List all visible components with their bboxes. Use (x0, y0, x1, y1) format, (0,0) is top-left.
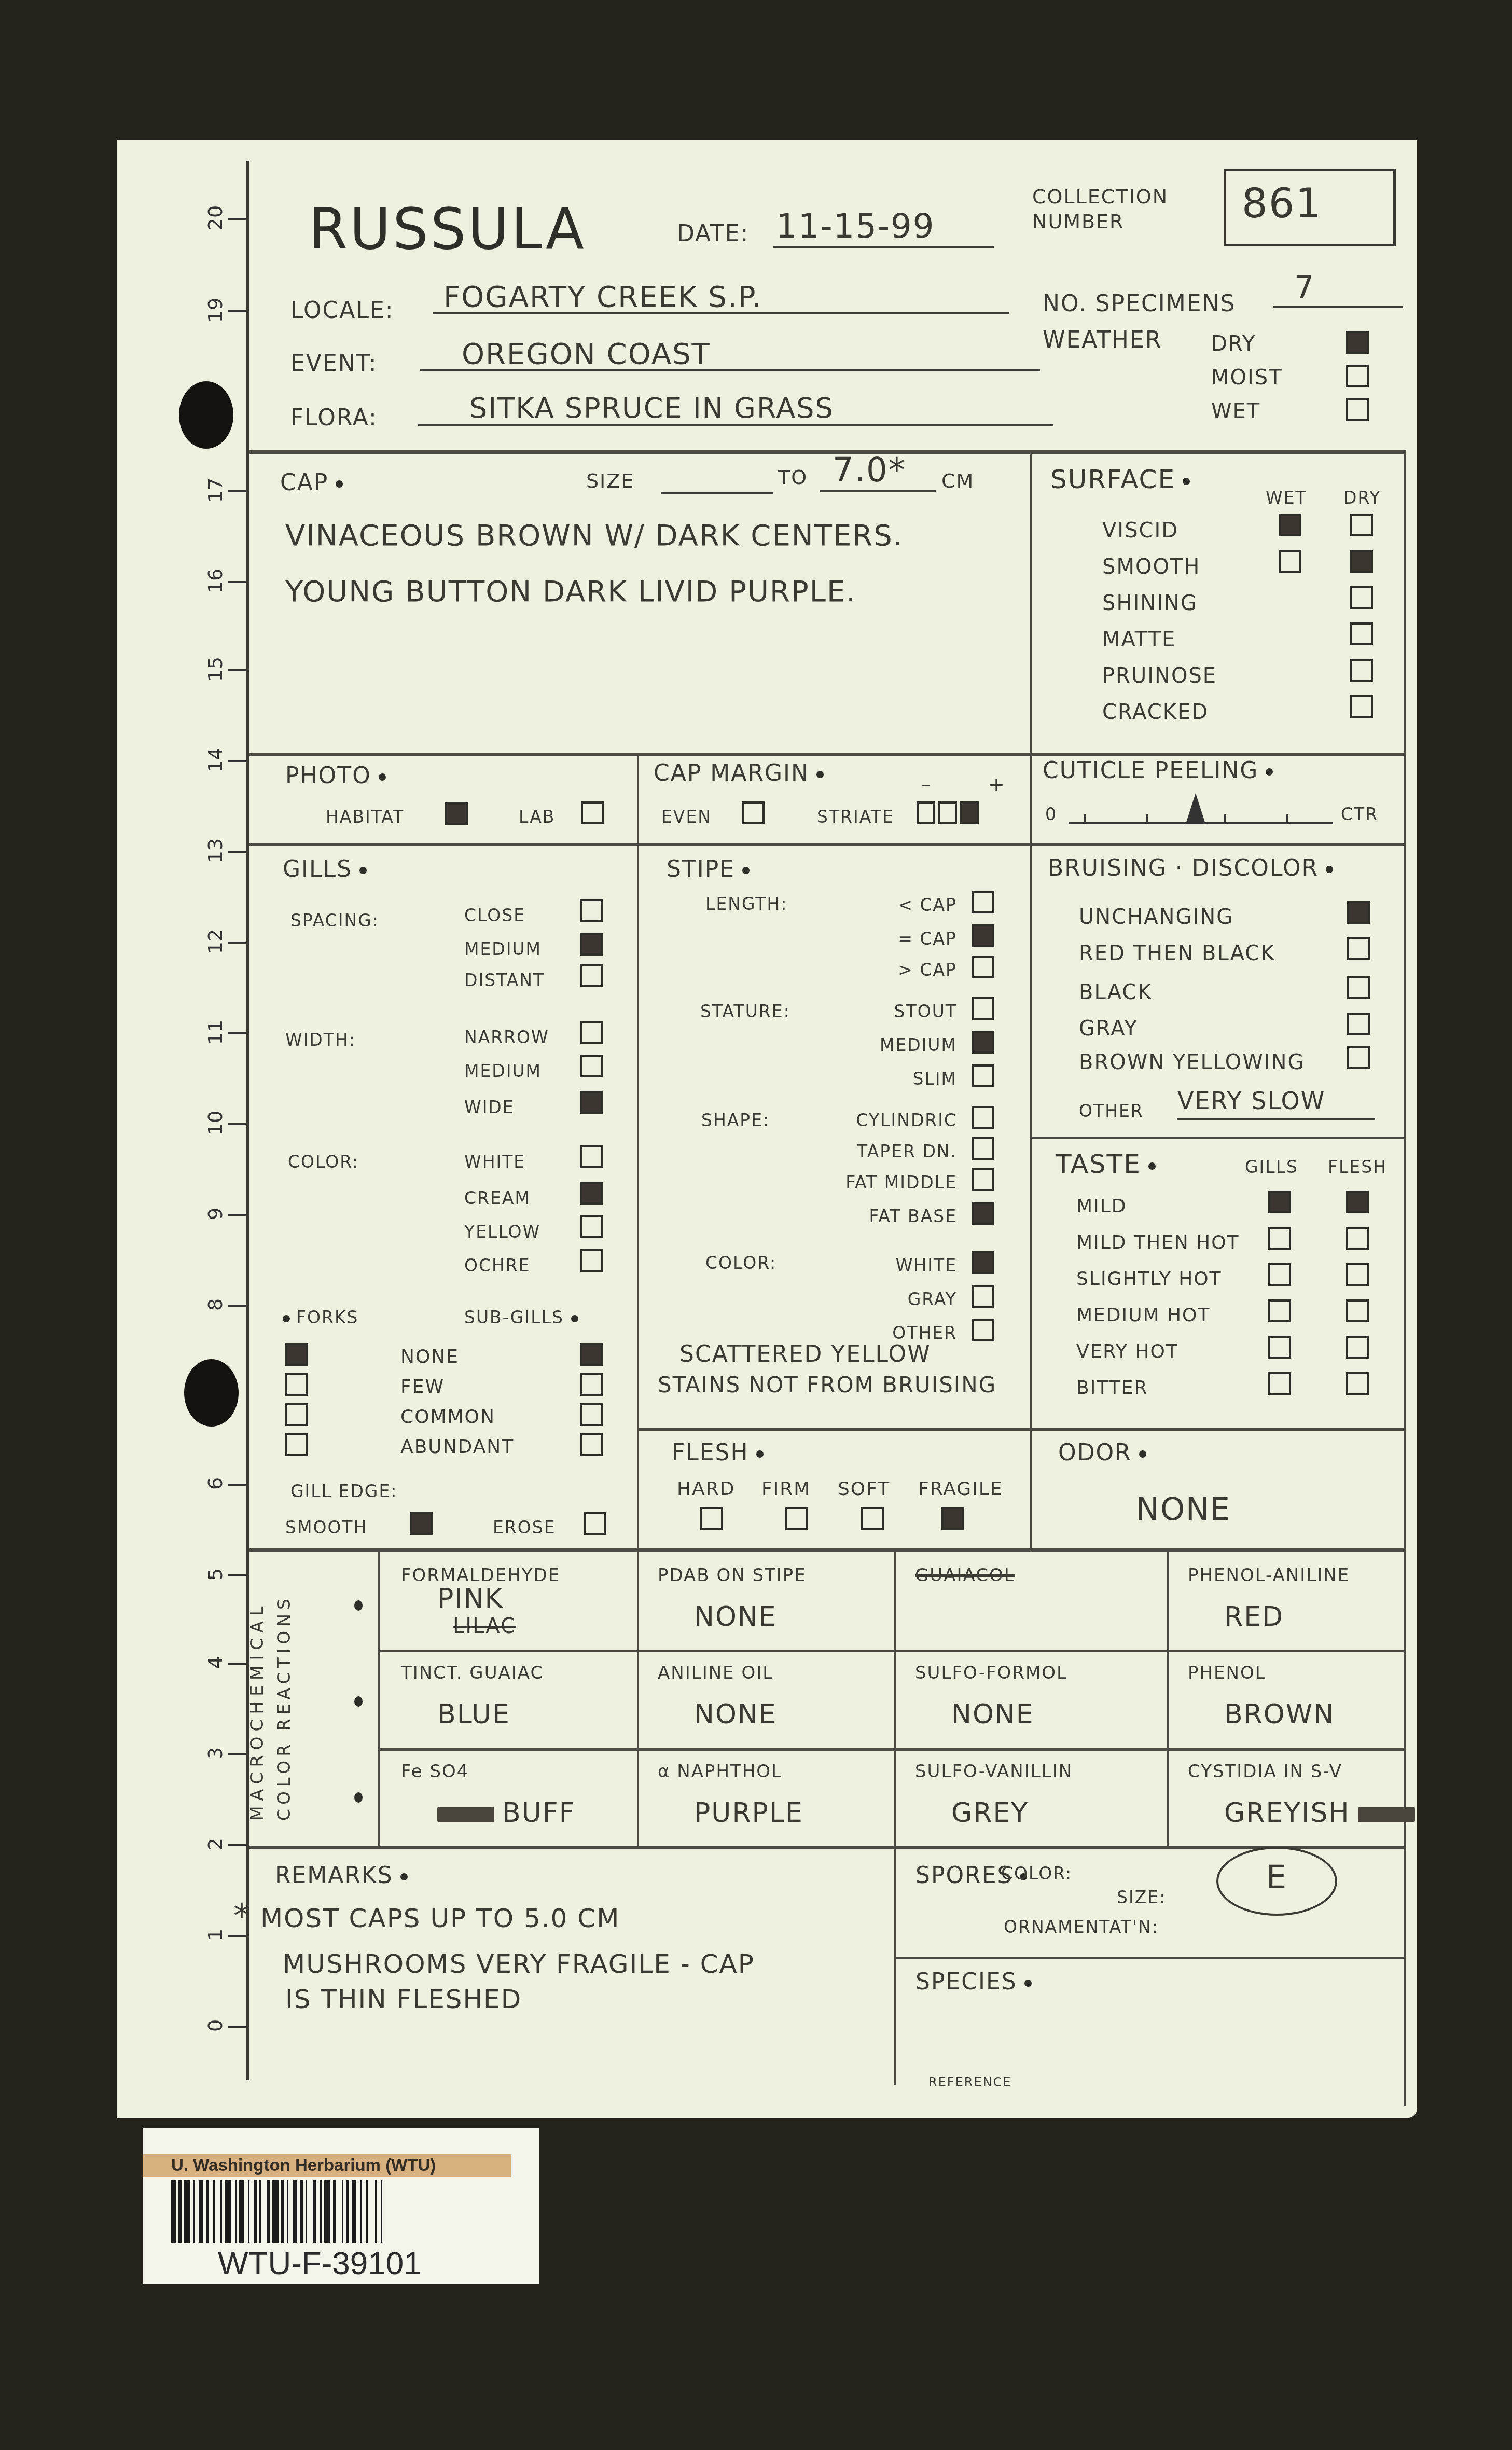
cuticle-peeling-marker (1186, 793, 1205, 822)
flesh-option-label: HARD (677, 1478, 735, 1500)
taste-col-gills: GILLS (1245, 1157, 1298, 1177)
cuticle-peeling-title: CUTICLE PEELING (1043, 757, 1273, 784)
ruler-tick (228, 851, 246, 853)
weather-dry-checkbox[interactable] (1346, 331, 1369, 354)
surface-row-label: MATTE (1102, 628, 1176, 652)
cap-description-line2: YOUNG BUTTON DARK LIVID PURPLE. (285, 575, 856, 608)
chem-reagent-label: TINCT. GUAIAC (401, 1663, 544, 1683)
species-title-text: SPECIES (915, 1969, 1017, 1995)
locale-field[interactable]: FOGARTY CREEK S.P. (433, 280, 1009, 314)
species-title: SPECIES (915, 1969, 1032, 1995)
barcode-bar (267, 2180, 270, 2243)
chem-result-text: NONE (694, 1699, 777, 1730)
bullet-icon (571, 1315, 578, 1322)
ruler-number: 12 (204, 926, 227, 957)
chem-result-value[interactable]: NONE (694, 1699, 777, 1730)
ruler-tick (228, 1305, 246, 1307)
bruising-option-label: GRAY (1079, 1017, 1138, 1041)
taste-col-flesh: FLESH (1328, 1157, 1387, 1177)
form-rule-taste-top (1030, 1137, 1406, 1139)
bullet-icon (336, 480, 343, 488)
barcode-bar (320, 2180, 322, 2243)
bullet-icon (283, 1315, 290, 1322)
taste-title: TASTE (1056, 1149, 1156, 1179)
chem-reagent-label: ANILINE OIL (658, 1663, 773, 1683)
form-rule-flesh-top (637, 1428, 1406, 1431)
surface-viscid-wet-checkbox[interactable] (1279, 514, 1301, 536)
chem-row-divider (380, 1650, 1406, 1652)
date-label: DATE: (677, 220, 749, 247)
stipe-shape-fatmiddle-checkbox[interactable] (972, 1168, 994, 1191)
forks-common-checkbox[interactable] (285, 1403, 308, 1426)
taste-bitter-gills-checkbox[interactable] (1268, 1372, 1291, 1395)
taste-mild-gills-checkbox[interactable] (1268, 1191, 1291, 1213)
herbarium-barcode-label: U. Washington Herbarium (WTU) WTU-F-3910… (143, 2128, 539, 2284)
barcode-bar (235, 2180, 237, 2243)
weather-option-label: WET (1211, 399, 1260, 423)
ruler-tick (228, 218, 246, 220)
gill-edge-smooth-checkbox[interactable] (410, 1512, 433, 1535)
flesh-option-label: FIRM (761, 1478, 811, 1500)
surface-viscid-dry-checkbox[interactable] (1350, 514, 1373, 536)
chem-result-text: NONE (694, 1601, 777, 1632)
stipe-stature-label: STATURE: (700, 1001, 790, 1021)
ruler-number: 3 (204, 1738, 227, 1769)
stipe-shape-fatbase-checkbox[interactable] (972, 1202, 994, 1225)
chem-result-value[interactable]: BLUE (437, 1699, 510, 1730)
gills-color-yellow-checkbox[interactable] (580, 1215, 603, 1238)
stipe-length-cap-checkbox[interactable] (972, 891, 994, 913)
barcode-bar (352, 2180, 356, 2243)
stipe-stature-medium-checkbox[interactable] (972, 1031, 994, 1054)
gills-subgills-label-text: SUB-GILLS (464, 1307, 564, 1327)
ruler-tick (228, 760, 246, 762)
cap-margin-plus: + (988, 773, 1006, 796)
forks-row-label: FEW (400, 1376, 445, 1397)
locale-label: LOCALE: (290, 297, 394, 324)
ruler-number: 1 (204, 1919, 227, 1950)
chem-side-label-line1: MACROCHEMICAL (244, 1530, 271, 1821)
spores-size-label: SIZE: (1117, 1887, 1166, 1907)
spores-color-circle[interactable]: E (1216, 1847, 1337, 1916)
ruler-number: 11 (204, 1017, 227, 1048)
bruising-option-label: BROWN YELLOWING (1079, 1050, 1305, 1074)
cap-size-to-field[interactable]: 7.0* (820, 451, 936, 492)
gills-width-narrow-checkbox[interactable] (580, 1021, 603, 1044)
chem-side-divider (378, 1551, 380, 1847)
collection-number-box[interactable]: 861 (1224, 169, 1396, 246)
barcode-bar (346, 2180, 349, 2243)
surface-smooth-wet-checkbox[interactable] (1279, 550, 1301, 573)
chem-row-divider (380, 1748, 1406, 1751)
chem-result-value[interactable]: NONE (694, 1601, 777, 1632)
weather-label: WEATHER (1043, 327, 1162, 353)
bullet-icon (1139, 1450, 1146, 1458)
surface-pruinose-dry-checkbox[interactable] (1350, 659, 1373, 682)
surface-matte-dry-checkbox[interactable] (1350, 622, 1373, 645)
barcode-bar (324, 2180, 330, 2243)
taste-mild-then-hot-gills-checkbox[interactable] (1268, 1227, 1291, 1250)
ruler-number: 10 (204, 1108, 227, 1139)
barcode-bar (178, 2180, 182, 2243)
ruler-tick (228, 1484, 246, 1486)
gills-width-label: WIDTH: (285, 1030, 356, 1050)
forks-abundant-checkbox[interactable] (285, 1433, 308, 1456)
cap-margin-striate-checkbox-1[interactable] (938, 801, 957, 824)
ruler-number: 14 (204, 744, 227, 776)
bruising-title-text: BRUISING · DISCOLOR (1048, 855, 1319, 881)
stipe-shape-option-label: FAT MIDDLE (845, 1172, 957, 1193)
taste-very-hot-flesh-checkbox[interactable] (1346, 1336, 1369, 1359)
stipe-shape-taperdn-checkbox[interactable] (972, 1137, 994, 1160)
taste-row-label: MILD (1076, 1196, 1127, 1217)
gills-spacing-distant-checkbox[interactable] (580, 964, 603, 987)
stipe-stature-option-label: SLIM (912, 1069, 957, 1089)
institution-name: U. Washington Herbarium (WTU) (171, 2155, 436, 2175)
cap-margin-striate-checkbox-2[interactable] (960, 801, 979, 824)
taste-slightly-hot-flesh-checkbox[interactable] (1346, 1263, 1369, 1286)
ruler-number: 0 (204, 2010, 227, 2041)
ruler-tick (228, 669, 246, 671)
remarks-title: REMARKS (275, 1862, 408, 1889)
chem-reagent-label: SULFO-VANILLIN (915, 1761, 1073, 1782)
gills-title-text: GILLS (283, 856, 352, 882)
ruler-tick (228, 1935, 246, 1937)
barcode-bar (313, 2180, 316, 2243)
ruler-number: 16 (204, 565, 227, 597)
stipe-color-white-checkbox[interactable] (972, 1251, 994, 1274)
chem-col-divider (637, 1551, 639, 1847)
stipe-color-other-checkbox[interactable] (972, 1319, 994, 1341)
bruising-unchanging-checkbox[interactable] (1347, 901, 1370, 924)
cap-margin-striate-checkbox-0[interactable] (917, 801, 935, 824)
remarks-text[interactable]: * MOST CAPS UP TO 5.0 CM MUSHROOMS VERY … (233, 1899, 755, 2017)
ruler-tick (228, 490, 246, 492)
form-border-right (1404, 450, 1406, 2106)
ruler-number: 6 (204, 1468, 227, 1499)
chem-row-dot-1 (354, 1600, 363, 1611)
chem-row-dot-3 (354, 1792, 363, 1803)
taste-row-label: SLIGHTLY HOT (1076, 1268, 1222, 1290)
bullet-icon (1183, 478, 1190, 485)
surface-shining-dry-checkbox[interactable] (1350, 586, 1373, 609)
barcode-bar (293, 2180, 297, 2243)
chem-reagent-label: CYSTIDIA IN S-V (1188, 1761, 1342, 1782)
gills-spacing-option-label: CLOSE (464, 905, 525, 925)
bruising-option-label: UNCHANGING (1079, 905, 1233, 929)
ruler-number: 9 (204, 1198, 227, 1229)
stipe-color-gray-checkbox[interactable] (972, 1285, 994, 1308)
spores-title-text: SPORES (915, 1862, 1012, 1889)
remarks-line1: * MOST CAPS UP TO 5.0 CM (233, 1899, 755, 1936)
gills-spacing-medium-checkbox[interactable] (580, 933, 603, 956)
barcode-bar (287, 2180, 288, 2243)
taste-mild-then-hot-flesh-checkbox[interactable] (1346, 1227, 1369, 1250)
chem-result-value[interactable]: RED (1224, 1601, 1284, 1632)
ruler-tick (228, 1214, 246, 1216)
flora-field[interactable]: SITKA SPRUCE IN GRASS (418, 392, 1053, 426)
flesh-hard-checkbox[interactable] (700, 1507, 723, 1530)
cap-size-from-field[interactable] (661, 466, 773, 494)
chem-row-dot-2 (354, 1696, 363, 1707)
barcode-bar (366, 2180, 368, 2243)
surface-title: SURFACE (1050, 464, 1190, 494)
gills-spacing-option-label: DISTANT (464, 970, 545, 990)
taste-medium-hot-gills-checkbox[interactable] (1268, 1299, 1291, 1322)
odor-title-text: ODOR (1058, 1439, 1132, 1466)
stipe-length-option-label: < CAP (898, 895, 957, 915)
stipe-length-option-label: = CAP (898, 929, 957, 949)
stipe-shape-cylindric-checkbox[interactable] (972, 1106, 994, 1129)
stipe-length-cap-checkbox[interactable] (972, 956, 994, 978)
cap-description-line1: VINACEOUS BROWN W/ DARK CENTERS. (285, 519, 904, 552)
specimens-field[interactable]: 7 (1273, 270, 1403, 308)
chem-reagent-label: SULFO-FORMOL (915, 1663, 1067, 1683)
cap-margin-even-checkbox[interactable] (742, 801, 765, 824)
chem-result-text: RED (1224, 1601, 1284, 1632)
weather-moist-checkbox[interactable] (1346, 365, 1369, 387)
gills-forks-label-text: FORKS (296, 1307, 358, 1327)
stipe-stature-stout-checkbox[interactable] (972, 997, 994, 1020)
surface-smooth-dry-checkbox[interactable] (1350, 550, 1373, 573)
flesh-fragile-checkbox[interactable] (941, 1507, 964, 1530)
gills-color-ochre-checkbox[interactable] (580, 1249, 603, 1272)
forks-none-checkbox[interactable] (285, 1343, 308, 1366)
chem-result-text: GREYISH (1224, 1797, 1350, 1829)
taste-bitter-flesh-checkbox[interactable] (1346, 1372, 1369, 1395)
bruising-black-checkbox[interactable] (1347, 976, 1370, 999)
ruler-number: 15 (204, 654, 227, 685)
odor-title: ODOR (1058, 1439, 1146, 1466)
chem-reagent-label: GUAIACOL (915, 1565, 1015, 1586)
chem-result-value[interactable]: NONE (951, 1699, 1034, 1730)
ruler-tick (228, 581, 246, 583)
barcode-bar (272, 2180, 279, 2243)
barcode-bar (259, 2180, 261, 2243)
chem-reagent-label: PHENOL-ANILINE (1188, 1565, 1350, 1586)
gill-edge-label: GILL EDGE: (290, 1481, 397, 1501)
chem-side-label-line2: COLOR REACTIONS (271, 1530, 298, 1821)
cap-margin-title: CAP MARGIN (654, 760, 824, 786)
cuticle-scale-end: CTR (1341, 804, 1378, 824)
surface-row-label: CRACKED (1102, 700, 1209, 724)
punch-hole-top (179, 381, 233, 449)
cap-title-text: CAP (280, 469, 328, 496)
weather-wet-checkbox[interactable] (1346, 398, 1369, 421)
flesh-firm-checkbox[interactable] (785, 1507, 808, 1530)
photo-habitat-label: HABITAT (326, 807, 405, 827)
barcode[interactable] (171, 2180, 467, 2243)
stipe-title-text: STIPE (667, 856, 735, 882)
gills-spacing-option-label: MEDIUM (464, 939, 542, 959)
chem-result-text: BUFF (502, 1797, 576, 1829)
photo-title-text: PHOTO (285, 763, 371, 789)
stipe-color-option-label: GRAY (908, 1289, 957, 1309)
barcode-bar (300, 2180, 303, 2243)
date-field[interactable]: 11-15-99 (773, 207, 994, 248)
surface-title-text: SURFACE (1050, 464, 1175, 494)
bruising-gray-checkbox[interactable] (1347, 1013, 1370, 1035)
photo-lab-checkbox[interactable] (581, 801, 604, 824)
barcode-bar (171, 2180, 176, 2243)
gills-color-option-label: YELLOW (464, 1222, 540, 1242)
barcode-bar (360, 2180, 362, 2243)
surface-cracked-dry-checkbox[interactable] (1350, 695, 1373, 718)
subgills-none-checkbox[interactable] (580, 1343, 603, 1366)
stipe-stature-slim-checkbox[interactable] (972, 1064, 994, 1087)
cap-size-unit: CM (941, 469, 974, 492)
bullet-icon (400, 1873, 408, 1880)
weather-option-label: DRY (1211, 332, 1256, 356)
flesh-soft-checkbox[interactable] (861, 1507, 884, 1530)
stipe-note-line1: SCATTERED YELLOW (679, 1341, 931, 1367)
remarks-line3: IS THIN FLESHED (285, 1982, 755, 2017)
chem-struck-value: LILAC (453, 1614, 516, 1638)
cap-margin-title-text: CAP MARGIN (654, 760, 809, 786)
surface-row-label: PRUINOSE (1102, 664, 1217, 688)
barcode-bar (184, 2180, 190, 2243)
gill-edge-erose-checkbox[interactable] (584, 1512, 606, 1535)
bruising-red-then-black-checkbox[interactable] (1347, 937, 1370, 960)
subgills-few-checkbox[interactable] (580, 1373, 603, 1396)
photo-title: PHOTO (285, 763, 386, 789)
barcode-bar (213, 2180, 215, 2243)
bullet-icon (756, 1450, 764, 1458)
flesh-title-text: FLESH (672, 1439, 749, 1466)
ruler-tick (228, 1123, 246, 1125)
surface-row-label: SMOOTH (1102, 555, 1200, 579)
scribble-mark (437, 1807, 494, 1822)
asterisk-icon: * (233, 1897, 251, 1935)
forks-row-label: NONE (400, 1346, 459, 1367)
barcode-bar (193, 2180, 195, 2243)
bullet-icon (742, 867, 750, 874)
gills-color-label: COLOR: (288, 1152, 359, 1172)
chem-result-text: GREY (951, 1797, 1029, 1829)
stipe-length-label: LENGTH: (705, 894, 787, 914)
scribble-mark (1358, 1807, 1415, 1822)
stipe-shape-option-label: FAT BASE (869, 1206, 957, 1226)
gills-color-white-checkbox[interactable] (580, 1145, 603, 1168)
chem-result-value[interactable]: BUFF (437, 1797, 576, 1829)
stipe-title: STIPE (667, 856, 750, 882)
form-rule-species-top (894, 1957, 1406, 1959)
species-field[interactable] (915, 2008, 1382, 2070)
species-reference-label: REFERENCE (928, 2075, 1012, 2089)
barcode-bar (375, 2180, 377, 2243)
punch-hole-bottom (184, 1359, 239, 1427)
gills-title: GILLS (283, 856, 367, 882)
bruising-title: BRUISING · DISCOLOR (1048, 855, 1333, 881)
taste-very-hot-gills-checkbox[interactable] (1268, 1336, 1291, 1359)
chem-result-value[interactable]: GREYISH (1224, 1797, 1415, 1829)
spores-color-label: COLOR: (1001, 1863, 1072, 1884)
photo-habitat-checkbox[interactable] (445, 802, 468, 825)
chem-result-value[interactable]: PURPLE (694, 1797, 803, 1829)
gills-spacing-close-checkbox[interactable] (580, 899, 603, 922)
barcode-bar (225, 2180, 231, 2243)
forks-few-checkbox[interactable] (285, 1373, 308, 1396)
collection-number-label: COLLECTION NUMBER (1032, 184, 1168, 234)
gills-color-cream-checkbox[interactable] (580, 1182, 603, 1205)
gills-width-option-label: NARROW (464, 1027, 549, 1047)
cuticle-peeling-scale[interactable] (1069, 822, 1333, 824)
forks-row-label: ABUNDANT (400, 1436, 514, 1458)
chem-result-value[interactable]: BROWN (1224, 1699, 1335, 1730)
surface-row-label: VISCID (1102, 519, 1178, 543)
specimens-label: NO. SPECIMENS (1043, 290, 1236, 317)
gills-color-option-label: OCHRE (464, 1255, 531, 1276)
chem-col-divider (894, 1551, 896, 1847)
bullet-icon (379, 773, 386, 781)
gills-width-wide-checkbox[interactable] (580, 1091, 603, 1114)
bullet-icon (359, 867, 367, 874)
collection-number-value: 861 (1242, 181, 1322, 227)
stipe-shape-option-label: CYLINDRIC (856, 1110, 957, 1130)
chem-result-value[interactable]: PINK (437, 1583, 504, 1614)
stipe-color-option-label: OTHER (892, 1323, 957, 1343)
stipe-shape-label: SHAPE: (701, 1110, 770, 1130)
ruler-number: 8 (204, 1289, 227, 1320)
cap-margin-minus: – (921, 773, 932, 796)
subgills-abundant-checkbox[interactable] (580, 1433, 603, 1456)
event-field[interactable]: OREGON COAST (420, 337, 1040, 371)
stipe-length-cap-checkbox[interactable] (972, 924, 994, 947)
gill-edge-erose-label: EROSE (493, 1517, 556, 1538)
weather-option-label: MOIST (1211, 366, 1283, 390)
form-rule-photo-top (249, 753, 1406, 756)
gills-color-option-label: CREAM (464, 1188, 531, 1208)
ruler-tick (228, 2026, 246, 2028)
stipe-stature-option-label: STOUT (894, 1001, 957, 1021)
gills-width-option-label: MEDIUM (464, 1061, 542, 1081)
barcode-bar (199, 2180, 203, 2243)
ruler-number: 13 (204, 835, 227, 866)
chem-col-divider (1167, 1551, 1169, 1847)
chem-result-text: BROWN (1224, 1699, 1335, 1730)
cap-size-to-label: TO (778, 466, 808, 489)
ruler-number: 5 (204, 1559, 227, 1590)
ruler-number: 17 (204, 475, 227, 506)
flesh-option-label: SOFT (838, 1478, 890, 1500)
barcode-bar (254, 2180, 257, 2243)
col-divider-cap-surface (1030, 450, 1032, 754)
chem-reagent-label: PDAB ON STIPE (658, 1565, 807, 1586)
barcode-bar (281, 2180, 284, 2243)
taste-row-label: MEDIUM HOT (1076, 1305, 1210, 1326)
taste-mild-flesh-checkbox[interactable] (1346, 1191, 1369, 1213)
subgills-common-checkbox[interactable] (580, 1403, 603, 1426)
taste-title-text: TASTE (1056, 1149, 1141, 1179)
stipe-length-option-label: > CAP (898, 960, 957, 980)
odor-value[interactable]: NONE (1136, 1491, 1231, 1528)
cap-size-label: SIZE (586, 469, 634, 492)
taste-medium-hot-flesh-checkbox[interactable] (1346, 1299, 1369, 1322)
barcode-bar (381, 2180, 382, 2243)
ruler-tick (228, 1753, 246, 1755)
gills-width-medium-checkbox[interactable] (580, 1055, 603, 1077)
gills-color-option-label: WHITE (464, 1152, 525, 1172)
taste-slightly-hot-gills-checkbox[interactable] (1268, 1263, 1291, 1286)
gills-width-option-label: WIDE (464, 1097, 515, 1117)
ruler-tick (228, 1032, 246, 1034)
bruising-brown-yellowing-checkbox[interactable] (1347, 1046, 1370, 1069)
bullet-icon (1266, 768, 1273, 776)
chem-result-value[interactable]: GREY (951, 1797, 1029, 1829)
stipe-stature-option-label: MEDIUM (880, 1035, 957, 1055)
cap-title: CAP (280, 469, 343, 496)
bruising-other-field[interactable]: VERY SLOW (1177, 1087, 1375, 1120)
